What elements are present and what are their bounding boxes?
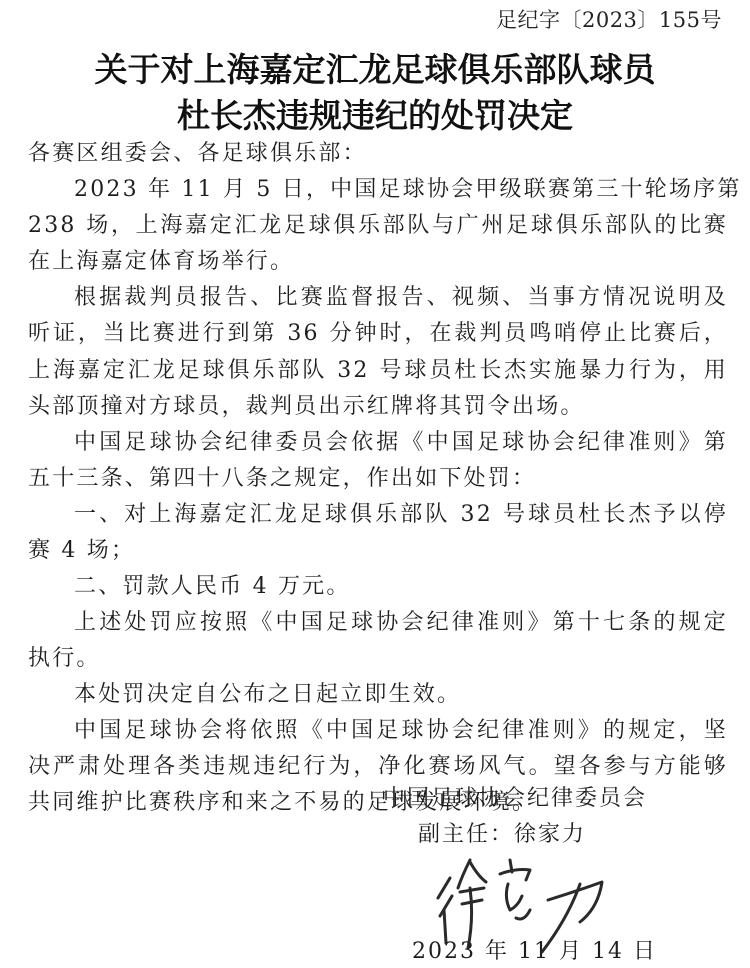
body-line: 中国足球协会纪律委员会依据《中国足球协会纪律准则》第	[74, 429, 728, 457]
body-line: 根据裁判员报告、比赛监督报告、视频、当事方情况说明及	[74, 284, 728, 312]
penalty-item-1-cont: 赛 4 场；	[28, 537, 728, 565]
body-line: 五十三条、第四十八条之规定，作出如下处罚：	[28, 465, 728, 493]
signatory-organization: 中国足球协会纪律委员会	[383, 781, 647, 812]
document-number: 足纪字〔2023〕155号	[496, 4, 722, 34]
signatory-title: 副主任：徐家力	[418, 817, 586, 848]
body-line: 上海嘉定汇龙足球俱乐部队 32 号球员杜长杰实施暴力行为，用	[28, 357, 728, 385]
salutation: 各赛区组委会、各足球俱乐部：	[28, 140, 728, 168]
document-date: 2023 年 11 月 14 日	[412, 934, 657, 965]
penalty-item-2: 二、罚款人民币 4 万元。	[74, 573, 728, 601]
body-line: 本处罚决定自公布之日起立即生效。	[74, 681, 728, 709]
body-line: 执行。	[28, 645, 728, 673]
body-line: 上述处罚应按照《中国足球协会纪律准则》第十七条的规定	[74, 609, 728, 637]
body-line: 在上海嘉定体育场举行。	[28, 248, 728, 276]
body-line: 238 场，上海嘉定汇龙足球俱乐部队与广州足球俱乐部队的比赛	[28, 212, 728, 240]
body-line: 决严肃处理各类违规违纪行为，净化赛场风气。望各参与方能够	[28, 753, 728, 781]
penalty-item-1: 一、对上海嘉定汇龙足球俱乐部队 32 号球员杜长杰予以停	[74, 501, 728, 529]
body-line: 头部顶撞对方球员，裁判员出示红牌将其罚令出场。	[28, 393, 728, 421]
body-line: 2023 年 11 月 5 日，中国足球协会甲级联赛第三十轮场序第	[74, 176, 728, 204]
body-line: 中国足球协会将依照《中国足球协会纪律准则》的规定，坚	[74, 717, 728, 745]
document-title-line-1: 关于对上海嘉定汇龙足球俱乐部队球员	[0, 44, 750, 91]
document-title-line-2: 杜长杰违规违纪的处罚决定	[0, 90, 750, 137]
body-line: 听证，当比赛进行到第 36 分钟时，在裁判员鸣哨停止比赛后，	[28, 320, 728, 348]
